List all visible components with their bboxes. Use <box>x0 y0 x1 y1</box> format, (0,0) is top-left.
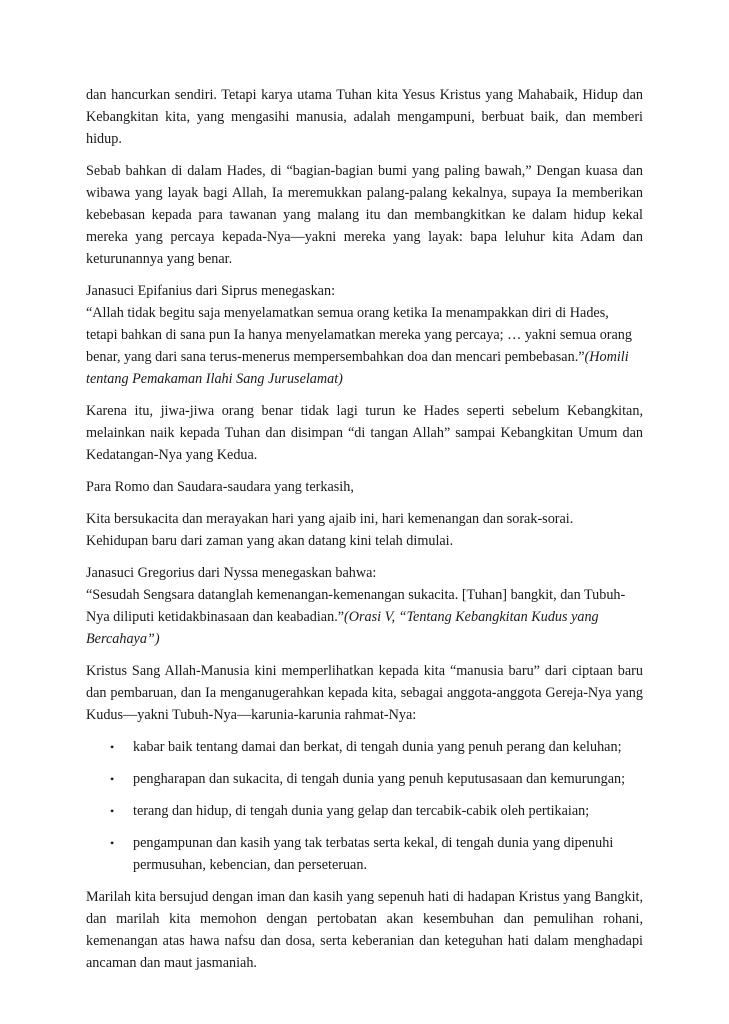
document-page: dan hancurkan sendiri. Tetapi karya utam… <box>86 84 643 984</box>
paragraph-closing: Marilah kita bersujud dengan iman dan ka… <box>86 886 643 974</box>
list-item-text: kabar baik tentang damai dan berkat, di … <box>133 739 622 755</box>
list-item: • pengampunan dan kasih yang tak terbata… <box>86 832 643 876</box>
bullet-icon: • <box>110 736 114 758</box>
epiphanius-intro: Janasuci Epifanius dari Siprus menegaska… <box>86 280 643 302</box>
paragraph-karya-tuhan: dan hancurkan sendiri. Tetapi karya utam… <box>86 84 643 150</box>
greeting: Para Romo dan Saudara-saudara yang terka… <box>86 476 643 498</box>
list-item: • pengharapan dan sukacita, di tengah du… <box>86 768 643 790</box>
bullet-icon: • <box>110 800 114 822</box>
list-item: • kabar baik tentang damai dan berkat, d… <box>86 736 643 758</box>
gifts-bullet-list: • kabar baik tentang damai dan berkat, d… <box>86 736 643 876</box>
paragraph-karena-itu: Karena itu, jiwa-jiwa orang benar tidak … <box>86 400 643 466</box>
list-item-text: pengampunan dan kasih yang tak terbatas … <box>133 835 613 873</box>
epiphanius-quote-block: Janasuci Epifanius dari Siprus menegaska… <box>86 280 643 390</box>
paragraph-rejoice: Kita bersukacita dan merayakan hari yang… <box>86 508 643 552</box>
list-item-text: pengharapan dan sukacita, di tengah duni… <box>133 771 625 787</box>
bullet-icon: • <box>110 768 114 790</box>
gregorius-quote-block: Janasuci Gregorius dari Nyssa menegaskan… <box>86 562 643 650</box>
rejoice-line-2: Kehidupan baru dari zaman yang akan data… <box>86 530 643 552</box>
list-item: • terang dan hidup, di tengah dunia yang… <box>86 800 643 822</box>
bullet-icon: • <box>110 832 114 854</box>
rejoice-line-1: Kita bersukacita dan merayakan hari yang… <box>86 508 643 530</box>
paragraph-hades: Sebab bahkan di dalam Hades, di “bagian-… <box>86 160 643 270</box>
epiphanius-quote: “Allah tidak begitu saja menyelamatkan s… <box>86 305 632 365</box>
list-item-text: terang dan hidup, di tengah dunia yang g… <box>133 803 589 819</box>
paragraph-kristus: Kristus Sang Allah-Manusia kini memperli… <box>86 660 643 726</box>
gregorius-intro: Janasuci Gregorius dari Nyssa menegaskan… <box>86 562 643 584</box>
